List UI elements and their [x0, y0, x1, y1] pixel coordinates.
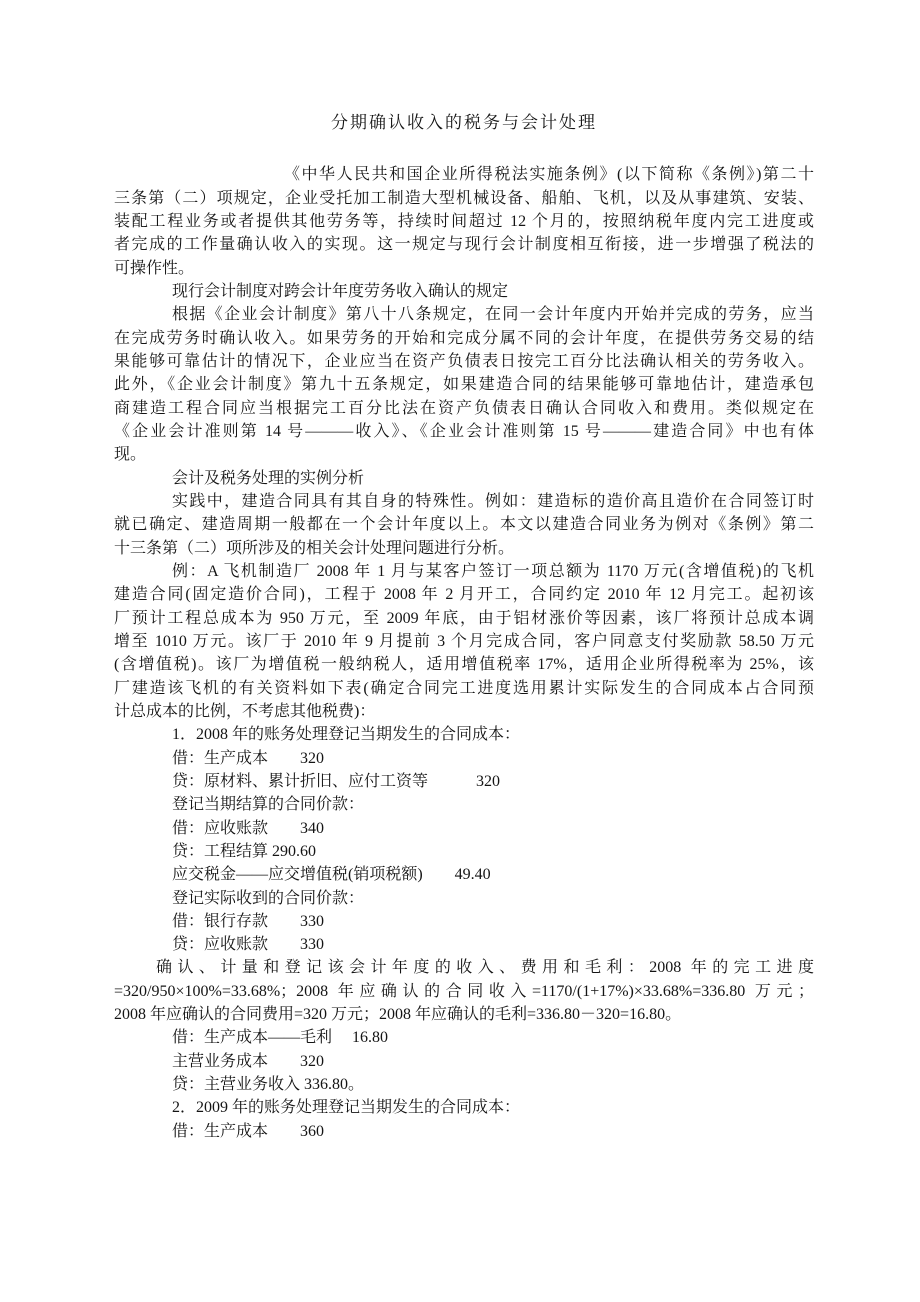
- text-line: 主营业务成本 320: [114, 1050, 814, 1073]
- text-line: 登记实际收到的合同价款：: [114, 887, 814, 910]
- text-line: 贷：主营业务收入 336.80。: [114, 1073, 814, 1096]
- text-line: 商建造工程合同应当根据完工百分比法在资产负债表日确认合同收入和费用。类似规定在: [114, 397, 814, 420]
- text-line: 果能够可靠估计的情况下，企业应当在资产负债表日按完工百分比法确认相关的劳务收入。: [114, 350, 814, 373]
- text-line: 增至 1010 万元。该厂于 2010 年 9 月提前 3 个月完成合同，客户同…: [114, 630, 814, 653]
- document-title: 分期确认收入的税务与会计处理: [114, 111, 814, 134]
- document-page: 分期确认收入的税务与会计处理 《中华人民共和国企业所得税法实施条例》(以下简称《…: [0, 0, 920, 1302]
- text-line: 借：生产成本——毛利 16.80: [114, 1026, 814, 1049]
- text-line: 三条第（二）项规定，企业受托加工制造大型机械设备、船舶、飞机，以及从事建筑、安装…: [114, 187, 814, 210]
- text-line: 计总成本的比例，不考虑其他税费)：: [114, 700, 814, 723]
- text-line: 会计及税务处理的实例分析: [114, 467, 814, 490]
- text-line: 《企业会计准则第 14 号———收入》、《企业会计准则第 15 号———建造合同…: [114, 420, 814, 443]
- text-line: 贷：应收账款 330: [114, 933, 814, 956]
- text-line: 在完成劳务时确认收入。如果劳务的开始和完成分属不同的会计年度，在提供劳务交易的结: [114, 327, 814, 350]
- text-line: 借：应收账款 340: [114, 817, 814, 840]
- text-line: 建造合同(固定造价合同)，工程于 2008 年 2 月开工，合同约定 2010 …: [114, 583, 814, 606]
- text-line: =320/950×100%=33.68%；2008 年应确认的合同收入=1170…: [114, 980, 814, 1003]
- text-line: 确认、计量和登记该会计年度的收入、费用和毛利：2008 年的完工进度: [114, 956, 814, 979]
- text-line: 《中华人民共和国企业所得税法实施条例》(以下简称《条例》)第二十: [114, 163, 814, 186]
- text-line: 贷：原材料、累计折旧、应付工资等 320: [114, 770, 814, 793]
- text-line: 者完成的工作量确认收入的实现。这一规定与现行会计制度相互衔接，进一步增强了税法的: [114, 233, 814, 256]
- text-line: 根据《企业会计制度》第八十八条规定，在同一会计年度内开始并完成的劳务，应当: [114, 303, 814, 326]
- text-line: 十三条第（二）项所涉及的相关会计处理问题进行分析。: [114, 537, 814, 560]
- text-line: 厂预计工程总成本为 950 万元，至 2009 年底，由于铝材涨价等因素，该厂将…: [114, 607, 814, 630]
- text-line: 现行会计制度对跨会计年度劳务收入确认的规定: [114, 280, 814, 303]
- text-line: 此外，《企业会计制度》第九十五条规定，如果建造合同的结果能够可靠地估计，建造承包: [114, 373, 814, 396]
- text-line: 实践中，建造合同具有其自身的特殊性。例如：建造标的造价高且造价在合同签订时: [114, 490, 814, 513]
- text-line: 应交税金——应交增值税(销项税额) 49.40: [114, 863, 814, 886]
- document-body: 《中华人民共和国企业所得税法实施条例》(以下简称《条例》)第二十三条第（二）项规…: [114, 163, 814, 1143]
- text-line: 1．2008 年的账务处理登记当期发生的合同成本：: [114, 723, 814, 746]
- text-line: 贷：工程结算 290.60: [114, 840, 814, 863]
- text-line: (含增值税)。该厂为增值税一般纳税人，适用增值税率 17%，适用企业所得税率为 …: [114, 653, 814, 676]
- text-line: 装配工程业务或者提供其他劳务等，持续时间超过 12 个月的，按照纳税年度内完工进…: [114, 210, 814, 233]
- text-line: 就已确定、建造周期一般都在一个会计年度以上。本文以建造合同业务为例对《条例》第二: [114, 513, 814, 536]
- text-line: 借：生产成本 360: [114, 1120, 814, 1143]
- text-line: 可操作性。: [114, 257, 814, 280]
- text-line: 借：银行存款 330: [114, 910, 814, 933]
- text-line: 例：A 飞机制造厂 2008 年 1 月与某客户签订一项总额为 1170 万元(…: [114, 560, 814, 583]
- text-line: 2008 年应确认的合同费用=320 万元；2008 年应确认的毛利=336.8…: [114, 1003, 814, 1026]
- text-line: 现。: [114, 443, 814, 466]
- text-line: 厂建造该飞机的有关资料如下表(确定合同完工进度选用累计实际发生的合同成本占合同预: [114, 677, 814, 700]
- text-line: 登记当期结算的合同价款：: [114, 793, 814, 816]
- text-line: 2．2009 年的账务处理登记当期发生的合同成本：: [114, 1096, 814, 1119]
- text-line: 借：生产成本 320: [114, 747, 814, 770]
